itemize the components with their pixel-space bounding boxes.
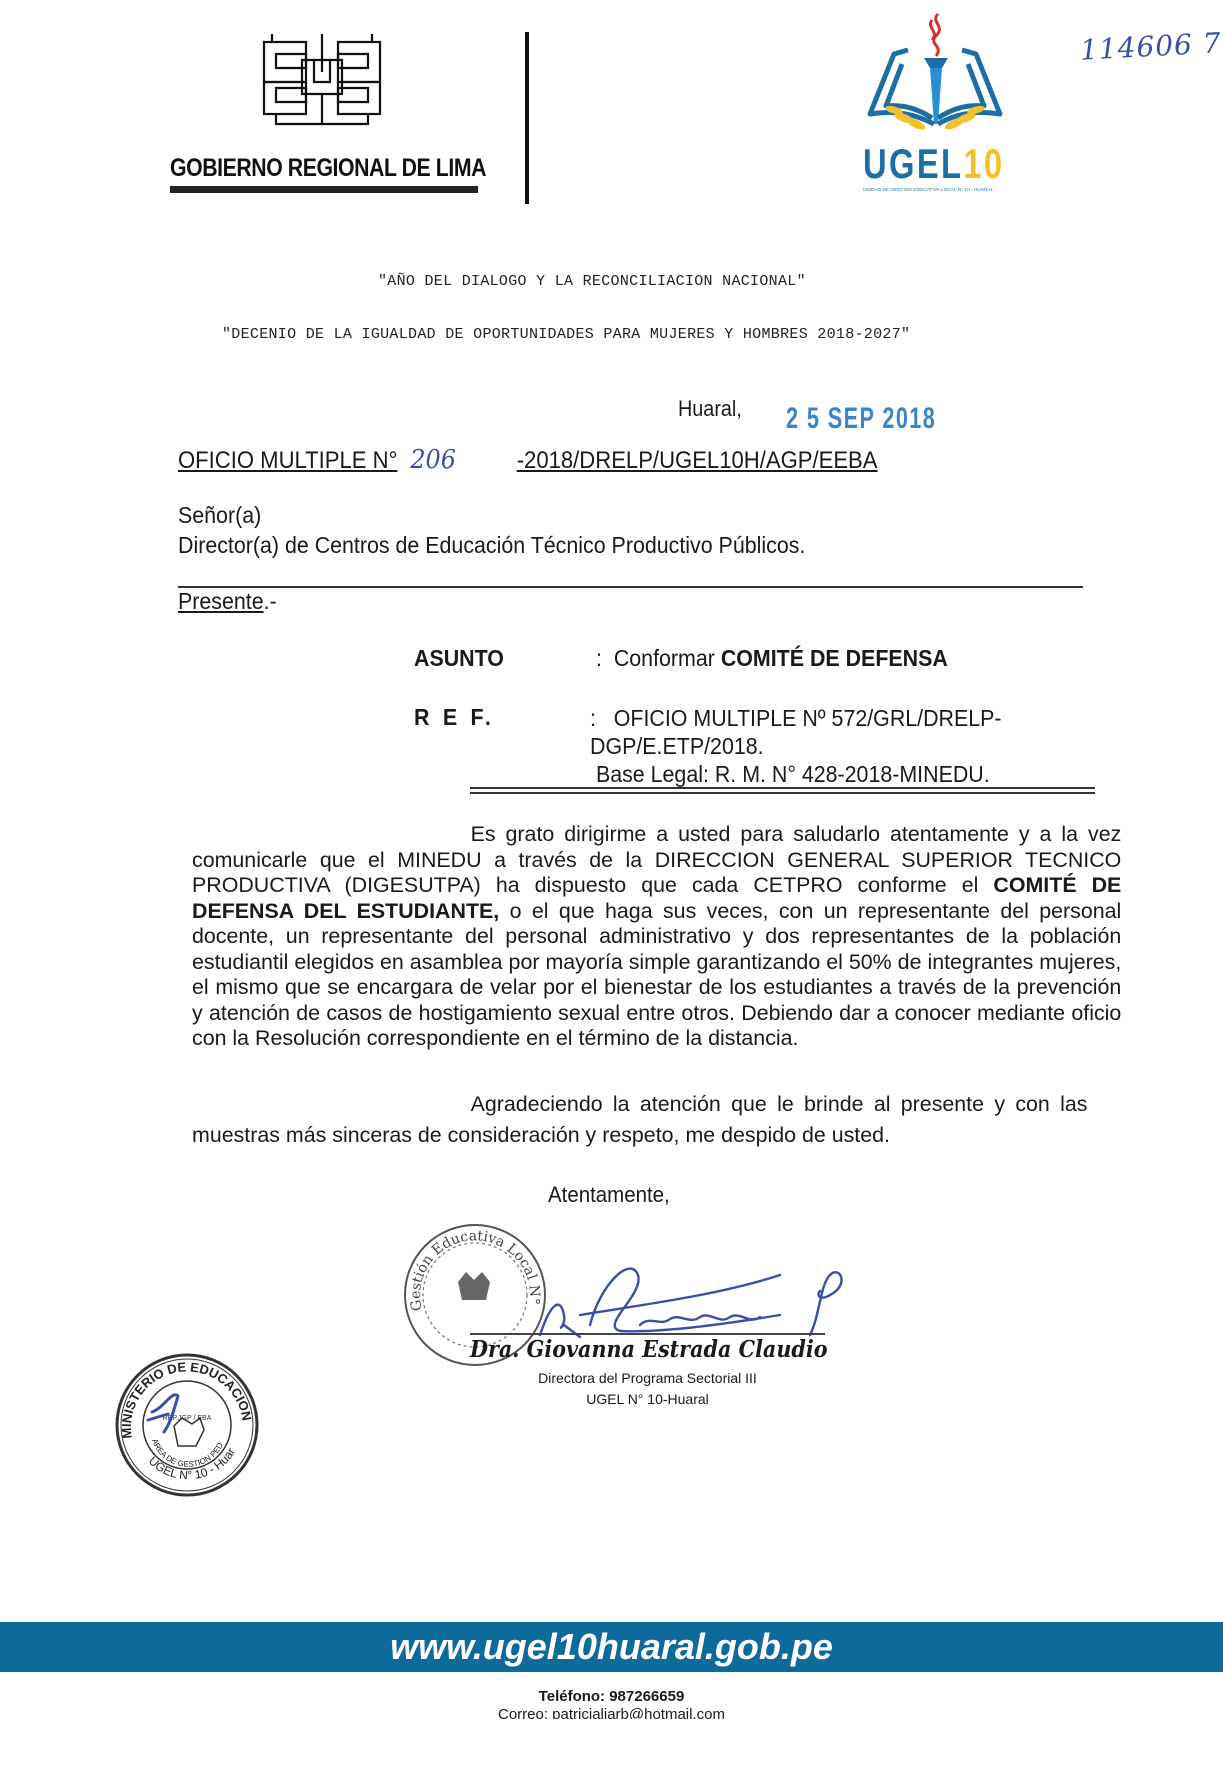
header-underline <box>170 186 478 193</box>
signature-line <box>470 1333 825 1335</box>
oficio-suffix: -2018/DRELP/UGEL10H/AGP/EEBA <box>517 447 878 474</box>
body-paragraph-1: Es grato dirigirme a usted para saludarl… <box>192 822 1121 1052</box>
separator-line <box>178 586 1083 588</box>
decade-motto: "DECENIO DE LA IGUALDAD DE OPORTUNIDADES… <box>222 326 910 343</box>
ref-value: : OFICIO MULTIPLE Nº 572/GRL/DRELP- DGP/… <box>590 704 1002 788</box>
footer-website-link[interactable]: www.ugel10huaral.gob.pe <box>0 1622 1223 1672</box>
closing: Atentamente, <box>548 1182 670 1208</box>
ugel-logo-text: UGEL10 <box>863 140 1004 188</box>
date-place: Huaral, <box>678 396 742 422</box>
double-rule-top <box>470 787 1095 789</box>
ministerio-stamp-icon: MINISTERIO DE EDUCACION UGEL N° 10 - Hua… <box>112 1350 262 1500</box>
presente: Presente.- <box>178 588 277 615</box>
header-divider <box>525 32 529 204</box>
double-rule-bottom <box>470 792 1095 794</box>
torch-book-icon <box>860 6 1010 156</box>
recipient-block: Señor(a) Director(a) de Centros de Educa… <box>178 500 805 560</box>
recipient-to: Director(a) de Centros de Educación Técn… <box>178 530 805 560</box>
oficio-prefix: OFICIO MULTIPLE N° <box>178 447 397 474</box>
signatory-name: Dra. Giovanna Estrada Claudio <box>470 1336 828 1363</box>
svg-text:MINISTERIO DE EDUCACION: MINISTERIO DE EDUCACION <box>119 1359 255 1439</box>
ref-label: R E F. <box>414 704 495 731</box>
handwritten-signature <box>520 1255 850 1345</box>
year-motto: "AÑO DEL DIALOGO Y LA RECONCILIACION NAC… <box>378 273 806 290</box>
asunto-value: : Conformar COMITÉ DE DEFENSA <box>596 645 948 672</box>
signatory-title: Directora del Programa Sectorial III <box>470 1370 825 1386</box>
body-paragraph-2: Agradeciendo la atención que le brinde a… <box>192 1089 1088 1151</box>
footer-phone: Teléfono: 987266659 <box>0 1688 1223 1705</box>
footer-email: Correo: patricialiarb@hotmail.com <box>0 1706 1223 1719</box>
salutation: Señor(a) <box>178 500 805 530</box>
signatory-org: UGEL N° 10-Huaral <box>470 1391 825 1407</box>
gobierno-regional-emblem-icon <box>262 32 382 127</box>
ugel-logo-subtitle: UNIDAD DE GESTIÓN EDUCATIVA LOCAL N° 10 … <box>863 187 993 192</box>
asunto-label: ASUNTO <box>414 645 504 672</box>
date-stamp: 2 5 SEP 2018 <box>786 402 936 436</box>
oficio-number-line: OFICIO MULTIPLE N°206-2018/DRELP/UGEL10H… <box>178 445 878 475</box>
handwritten-registry-number: 114606 7 <box>1079 26 1222 66</box>
gobierno-regional-name: GOBIERNO REGIONAL DE LIMA <box>170 154 486 183</box>
oficio-handwritten-number: 206 <box>410 445 456 475</box>
